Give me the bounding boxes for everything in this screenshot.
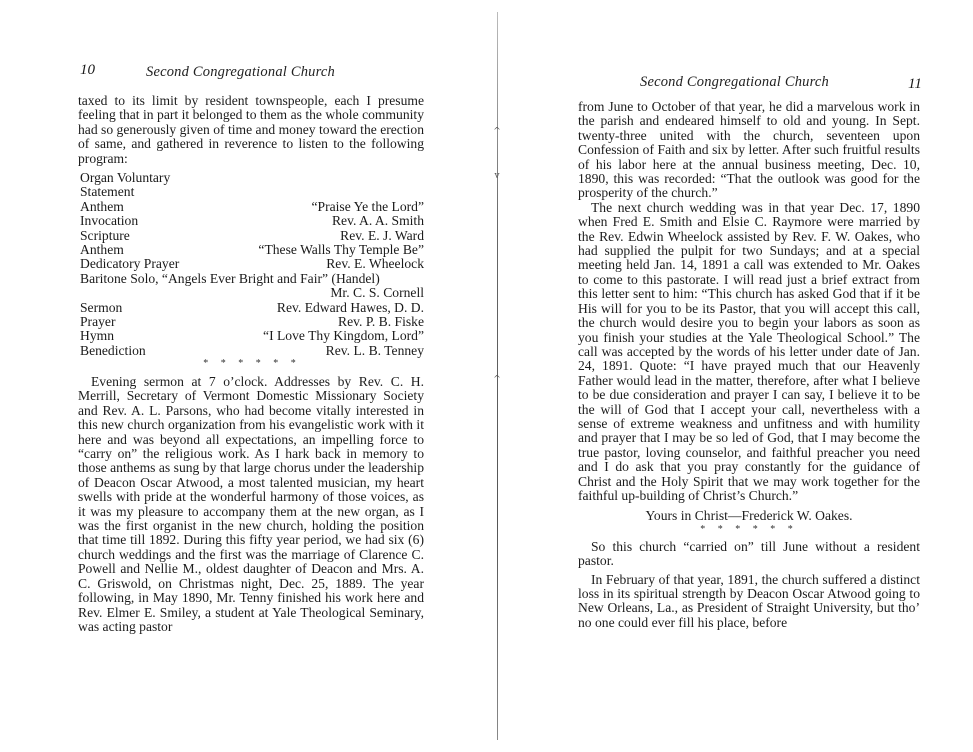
program-row: InvocationRev. A. A. Smith <box>80 214 424 228</box>
paragraph: Evening sermon at 7 o’clock. Addresses b… <box>78 375 424 634</box>
program-item: Scripture <box>80 229 130 243</box>
program-detail: Rev. P. B. Fiske <box>338 315 424 329</box>
program-row: Baritone Solo, “Angels Ever Bright and F… <box>80 272 424 286</box>
program-item: Dedicatory Prayer <box>80 257 179 271</box>
running-head: Second Congregational Church <box>146 64 335 81</box>
paragraph: from June to October of that year, he di… <box>578 100 920 201</box>
program-item: Anthem <box>80 243 124 257</box>
program-item: Invocation <box>80 214 138 228</box>
page-number: 10 <box>80 62 95 79</box>
paragraph: taxed to its limit by resident townspeop… <box>78 94 424 166</box>
section-separator: * * * * * * <box>578 524 920 536</box>
program-item: Baritone Solo, “Angels Ever Bright and F… <box>80 272 380 286</box>
program-item: Prayer <box>80 315 115 329</box>
program-detail: “I Love Thy Kingdom, Lord” <box>263 329 424 343</box>
program-list: Organ Voluntary Statement Anthem“Praise … <box>80 171 424 370</box>
program-row: ScriptureRev. E. J. Ward <box>80 229 424 243</box>
running-head: Second Congregational Church <box>640 74 829 91</box>
program-row: Dedicatory PrayerRev. E. Wheelock <box>80 257 424 271</box>
program-item: Organ Voluntary <box>80 171 170 185</box>
gutter-binding-mark: v <box>492 172 502 180</box>
program-detail: Rev. Edward Hawes, D. D. <box>277 301 424 315</box>
program-detail: Rev. E. Wheelock <box>326 257 424 271</box>
program-row: Mr. C. S. Cornell <box>80 286 424 300</box>
program-item: Benediction <box>80 344 146 358</box>
evening-paragraph: Evening sermon at 7 o’clock. Addresses b… <box>78 375 424 634</box>
page-number: 11 <box>908 76 922 93</box>
gutter-binding-mark: ^ <box>492 128 502 136</box>
program-item: Anthem <box>80 200 124 214</box>
program-row: Organ Voluntary <box>80 171 424 185</box>
program-row: Statement <box>80 185 424 199</box>
program-row: BenedictionRev. L. B. Tenney <box>80 344 424 358</box>
program-row: PrayerRev. P. B. Fiske <box>80 315 424 329</box>
paragraph: The next church wedding was in that year… <box>578 201 920 504</box>
program-row: SermonRev. Edward Hawes, D. D. <box>80 301 424 315</box>
program-item: Sermon <box>80 301 122 315</box>
paragraph: So this church “carried on” till June wi… <box>578 540 920 569</box>
program-row: Anthem“Praise Ye the Lord” <box>80 200 424 214</box>
section-separator: * * * * * * <box>80 358 424 370</box>
gutter-binding-mark: ^ <box>492 376 502 384</box>
program-detail: “Praise Ye the Lord” <box>312 200 425 214</box>
program-detail: Rev. A. A. Smith <box>332 214 424 228</box>
intro-paragraph: taxed to its limit by resident townspeop… <box>78 94 424 166</box>
program-row: Anthem“These Walls Thy Temple Be” <box>80 243 424 257</box>
right-page-body: from June to October of that year, he di… <box>578 100 920 630</box>
program-item: Hymn <box>80 329 114 343</box>
program-detail: “These Walls Thy Temple Be” <box>258 243 424 257</box>
letter-signature: Yours in Christ—Frederick W. Oakes. <box>578 509 920 523</box>
paragraph: In February of that year, 1891, the chur… <box>578 573 920 631</box>
program-row: Hymn“I Love Thy Kingdom, Lord” <box>80 329 424 343</box>
program-detail: Rev. E. J. Ward <box>340 229 424 243</box>
program-item: Statement <box>80 185 134 199</box>
program-detail: Rev. L. B. Tenney <box>326 344 424 358</box>
program-detail: Mr. C. S. Cornell <box>330 286 424 300</box>
